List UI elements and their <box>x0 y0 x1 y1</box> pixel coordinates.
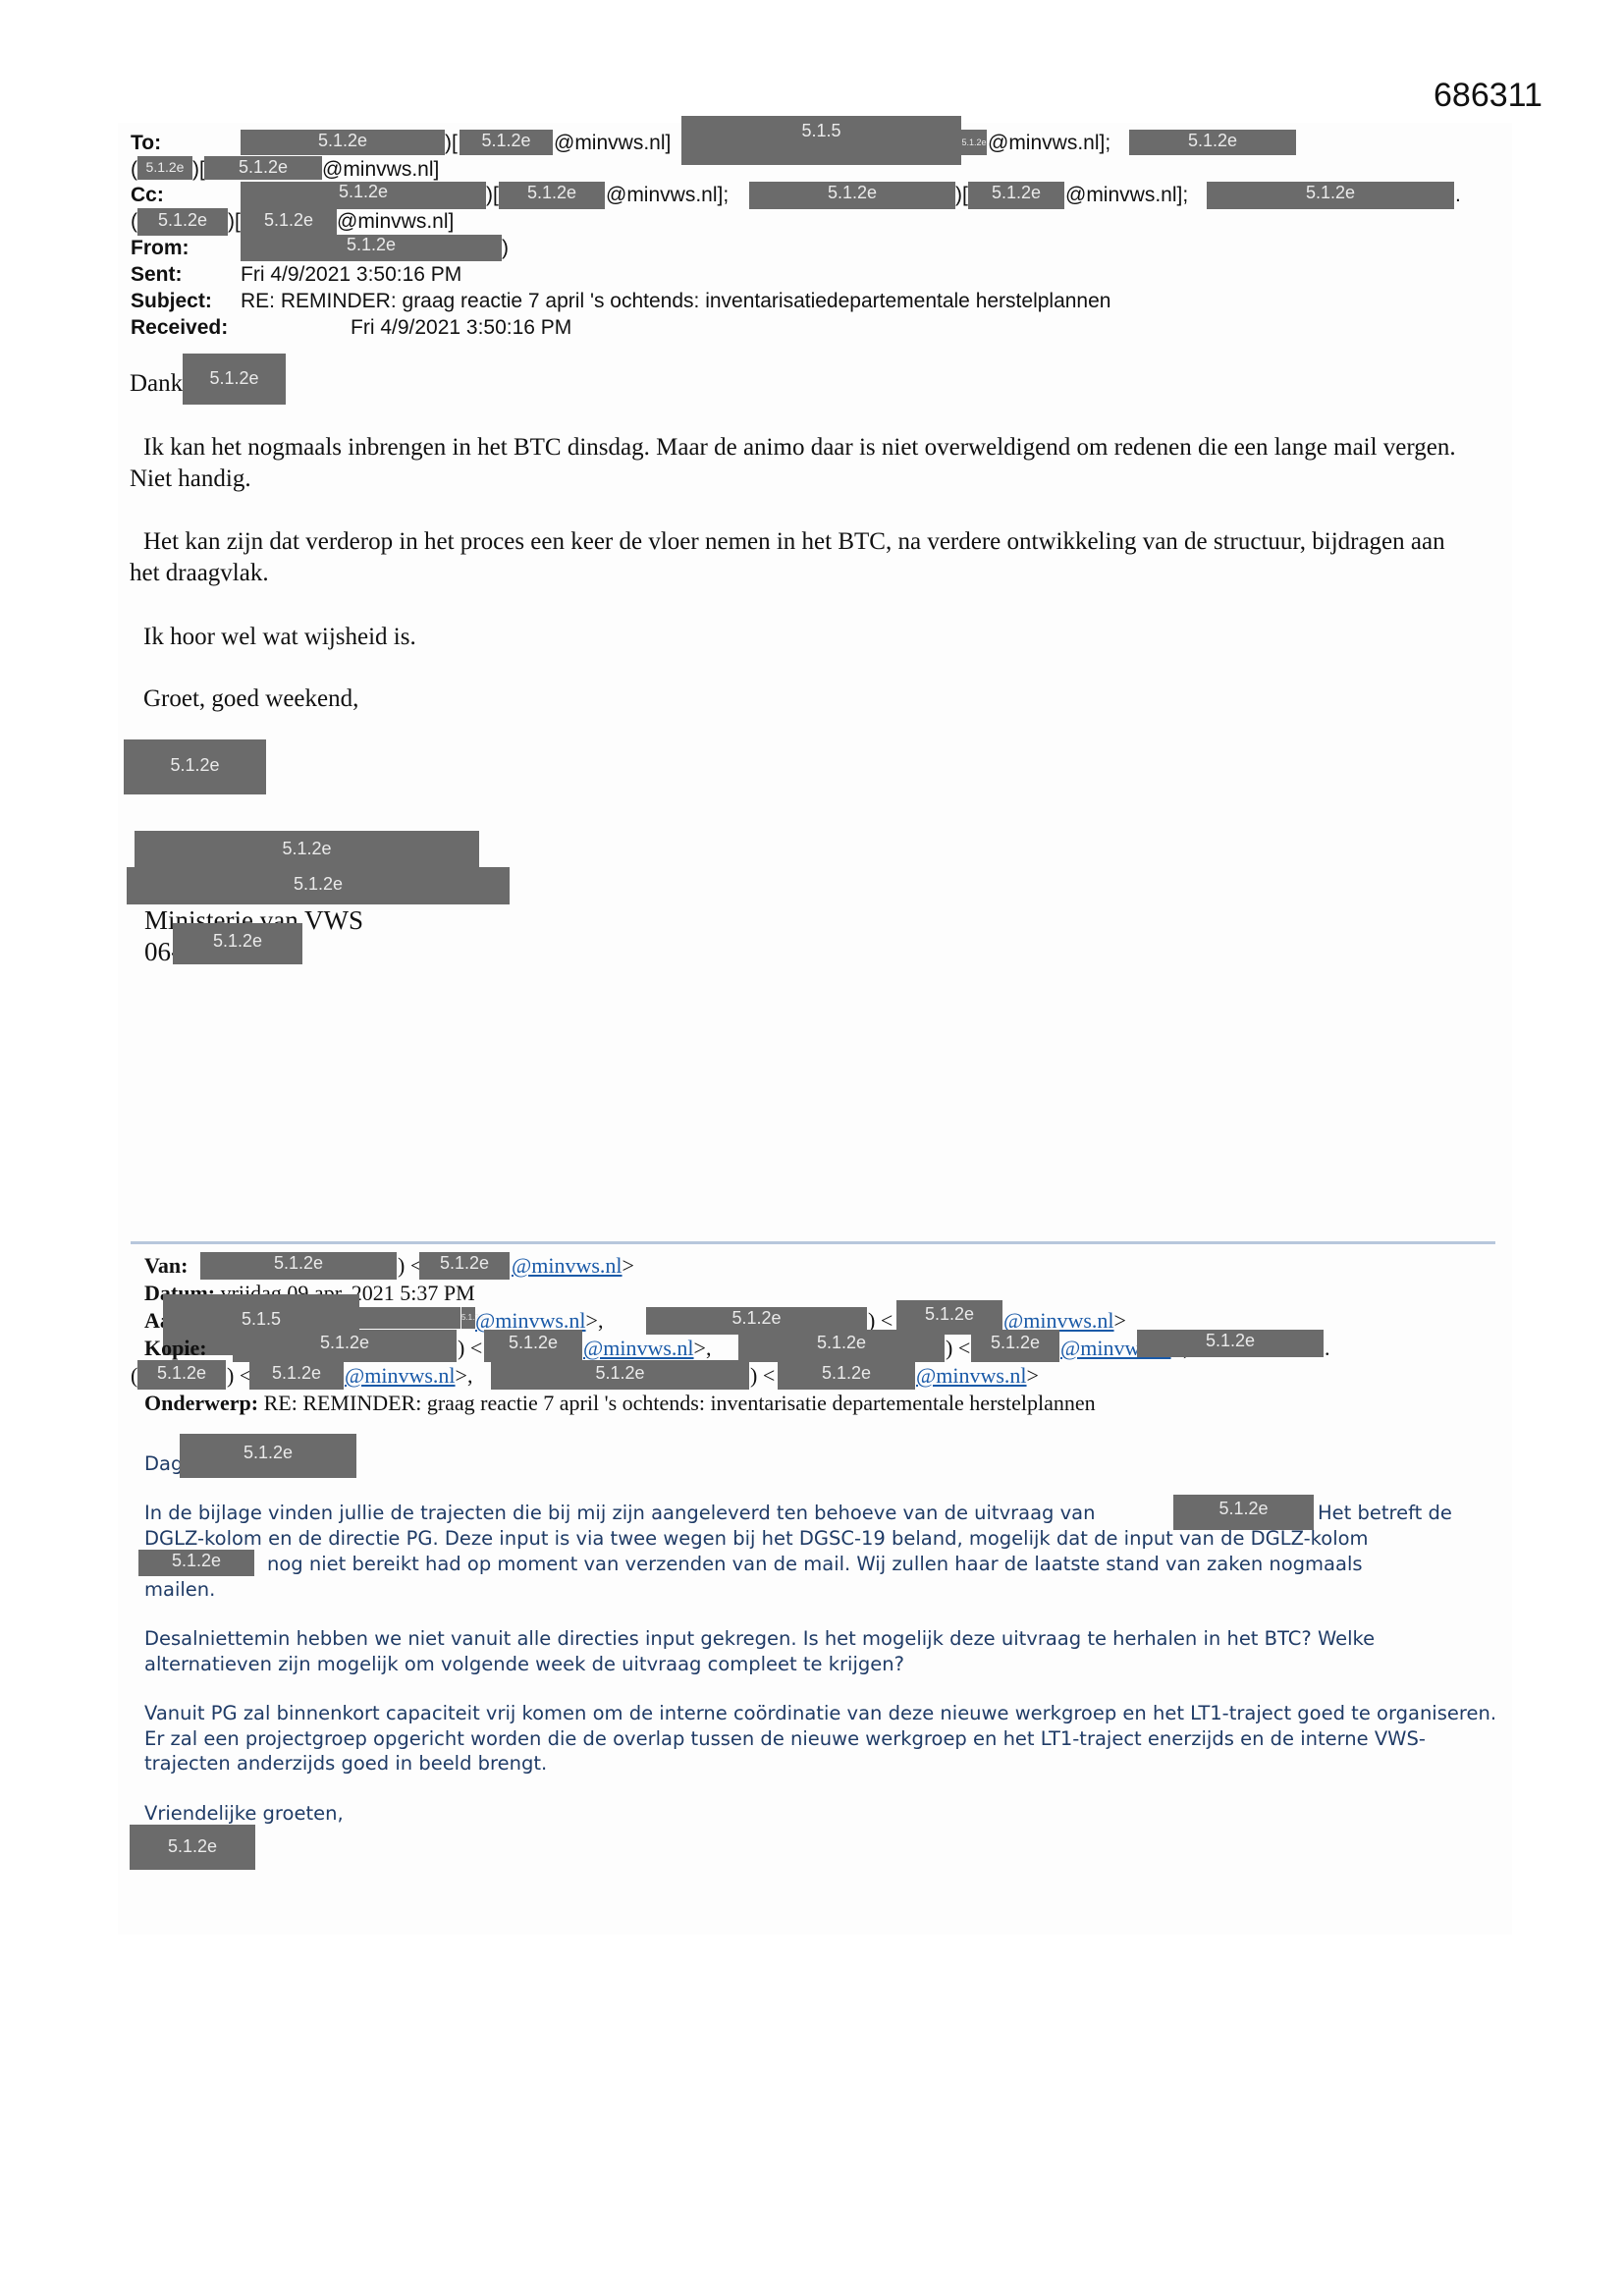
angle: ) < <box>458 1335 482 1362</box>
bracket: )[ <box>192 156 205 183</box>
redaction-greeting-name: 5.1.2e <box>183 354 286 405</box>
redaction-to-user-2: 5.1.2e <box>961 130 987 155</box>
quoted-subject-row: Onderwerp: RE: REMINDER: graag reactie 7… <box>144 1390 1096 1417</box>
body-paragraph-4: Groet, goed weekend, <box>143 683 358 715</box>
redaction-quoted-cc-user-3: 5.1.2e <box>249 1360 344 1390</box>
quoted-p1-line4: mailen. <box>144 1577 215 1603</box>
body-paragraph-3: Ik hoor wel wat wijsheid is. <box>143 622 416 653</box>
body-paragraph-1: Ik kan het nogmaals inbrengen in het BTC… <box>130 432 1494 495</box>
to-domain-1: @minvws.nl] <box>554 130 671 156</box>
bracket: )[ <box>228 208 241 235</box>
redaction-signature-name: 5.1.2e <box>124 739 266 794</box>
cc-label: Cc: <box>131 182 164 208</box>
bracket: )[ <box>445 130 458 156</box>
redaction-to-name-3: 5.1.2e <box>1129 130 1296 155</box>
quoted-cc-link-1[interactable]: @minvws.nl <box>583 1336 694 1360</box>
redaction-to-other: 5.1.5 <box>681 116 961 165</box>
angle: ) < <box>750 1362 775 1390</box>
quoted-greeting: Dag <box>144 1451 183 1477</box>
redaction-cc-name-3b: 5.1.2e <box>137 208 228 236</box>
redaction-quoted-p1-name: 5.1.2e <box>1173 1495 1314 1530</box>
quoted-cc-link-3[interactable]: @minvws.nl <box>345 1363 456 1388</box>
redaction-quoted-cc-user-4: 5.1.2e <box>778 1360 915 1390</box>
angle: ) < <box>946 1335 970 1362</box>
quoted-from-label: Van: <box>144 1252 188 1280</box>
redaction-quoted-from-user: 5.1.2e <box>419 1252 510 1280</box>
cc-domain-2: @minvws.nl]; <box>1065 182 1188 208</box>
received-value: Fri 4/9/2021 3:50:16 PM <box>351 314 571 341</box>
quoted-from-link[interactable]: @minvws.nl <box>512 1253 623 1278</box>
redaction-cc-name-3: 5.1.2e <box>1207 182 1454 209</box>
redaction-quoted-cc-name-4: 5.1.2e <box>491 1360 749 1390</box>
redaction-quoted-to-user-1: 5.1.2e <box>461 1307 475 1329</box>
quoted-cc-email-1[interactable]: @minvws.nl>, <box>583 1335 711 1362</box>
redaction-to-user-1: 5.1.2e <box>460 130 553 155</box>
period: . <box>1325 1335 1330 1362</box>
quoted-paragraph-2: Desalniettemin hebben we niet vanuit all… <box>144 1626 1499 1676</box>
quoted-p1-line1b: Het betreft de <box>1318 1501 1452 1526</box>
to-domain-3: @minvws.nl] <box>322 156 439 183</box>
sent-label: Sent: <box>131 261 183 288</box>
quoted-closing: Vriendelijke groeten, <box>144 1801 344 1827</box>
redaction-quoted-cc-name-3b: 5.1.2e <box>137 1360 226 1390</box>
redaction-cc-name-1: 5.1.2e <box>241 182 486 209</box>
redaction-signature-phone: 5.1.2e <box>173 923 302 964</box>
quoted-p1-line1a: In de bijlage vinden jullie de trajecten… <box>144 1501 1095 1526</box>
redaction-quoted-cc-user-1: 5.1.2e <box>484 1330 582 1362</box>
redaction-signature-dept: 5.1.2e <box>127 867 510 904</box>
paren: ( <box>131 156 137 183</box>
redaction-quoted-cc-name-2: 5.1.2e <box>738 1330 945 1362</box>
greeting: Dank <box>130 368 183 400</box>
quoted-from-email[interactable]: @minvws.nl> <box>512 1252 634 1280</box>
redaction-quoted-cc-name-1: 5.1.2e <box>233 1330 457 1362</box>
subject-value: RE: REMINDER: graag reactie 7 april 's o… <box>241 288 1110 314</box>
quoted-cc-email-4[interactable]: @minvws.nl> <box>916 1362 1039 1390</box>
quoted-paragraph-3: Vanuit PG zal binnenkort capaciteit vrij… <box>144 1701 1499 1777</box>
bracket: )[ <box>486 182 499 208</box>
sent-value: Fri 4/9/2021 3:50:16 PM <box>241 261 461 288</box>
redaction-cc-user-1: 5.1.2e <box>499 182 605 209</box>
quoted-cc-link-4[interactable]: @minvws.nl <box>916 1363 1027 1388</box>
redaction-quoted-greeting-name: 5.1.2e <box>180 1434 356 1478</box>
bracket: )[ <box>955 182 968 208</box>
redaction-quoted-cc-name-3: 5.1.2e <box>1137 1330 1324 1357</box>
redaction-cc-user-3: 5.1.2e <box>241 208 337 236</box>
redaction-quoted-signature: 5.1.2e <box>130 1825 255 1870</box>
redaction-quoted-to-other-b <box>359 1307 460 1329</box>
quoted-subject-value: RE: REMINDER: graag reactie 7 april 's o… <box>264 1391 1096 1415</box>
subject-label: Subject: <box>131 288 212 314</box>
quoted-p1-line3: nog niet bereikt had op moment van verze… <box>267 1552 1363 1577</box>
redaction-quoted-cc-user-2: 5.1.2e <box>971 1330 1059 1362</box>
cc-domain-3: @minvws.nl] <box>337 208 454 235</box>
received-label: Received: <box>131 314 228 341</box>
cc-domain-1: @minvws.nl]; <box>606 182 729 208</box>
paren: ( <box>131 208 137 235</box>
period: . <box>1455 182 1461 208</box>
redaction-to-name-1: 5.1.2e <box>241 130 445 155</box>
redaction-quoted-from-name: 5.1.2e <box>200 1252 397 1280</box>
document-number: 686311 <box>1434 77 1543 115</box>
angle: ) < <box>227 1362 251 1390</box>
to-label: To: <box>131 130 161 156</box>
redaction-quoted-p1-name-2: 5.1.2e <box>138 1550 254 1576</box>
redaction-to-name-3b: 5.1.2e <box>137 156 192 180</box>
redaction-from: 5.1.2e <box>241 235 502 261</box>
from-label: From: <box>131 235 189 261</box>
paren: ) <box>502 235 509 261</box>
quoted-cc-label: Kopie: <box>144 1335 207 1362</box>
redaction-cc-user-2: 5.1.2e <box>968 182 1064 209</box>
body-paragraph-2: Het kan zijn dat verderop in het proces … <box>130 526 1475 589</box>
to-domain-2: @minvws.nl]; <box>988 130 1110 156</box>
quoted-p1-line2: DGLZ-kolom en de directie PG. Deze input… <box>144 1526 1369 1552</box>
quoted-cc-email-3[interactable]: @minvws.nl>, <box>345 1362 472 1390</box>
redaction-cc-name-2: 5.1.2e <box>749 182 955 209</box>
redaction-to-user-3: 5.1.2e <box>204 156 322 180</box>
redaction-signature-title: 5.1.2e <box>135 831 479 867</box>
quote-separator <box>131 1241 1495 1244</box>
